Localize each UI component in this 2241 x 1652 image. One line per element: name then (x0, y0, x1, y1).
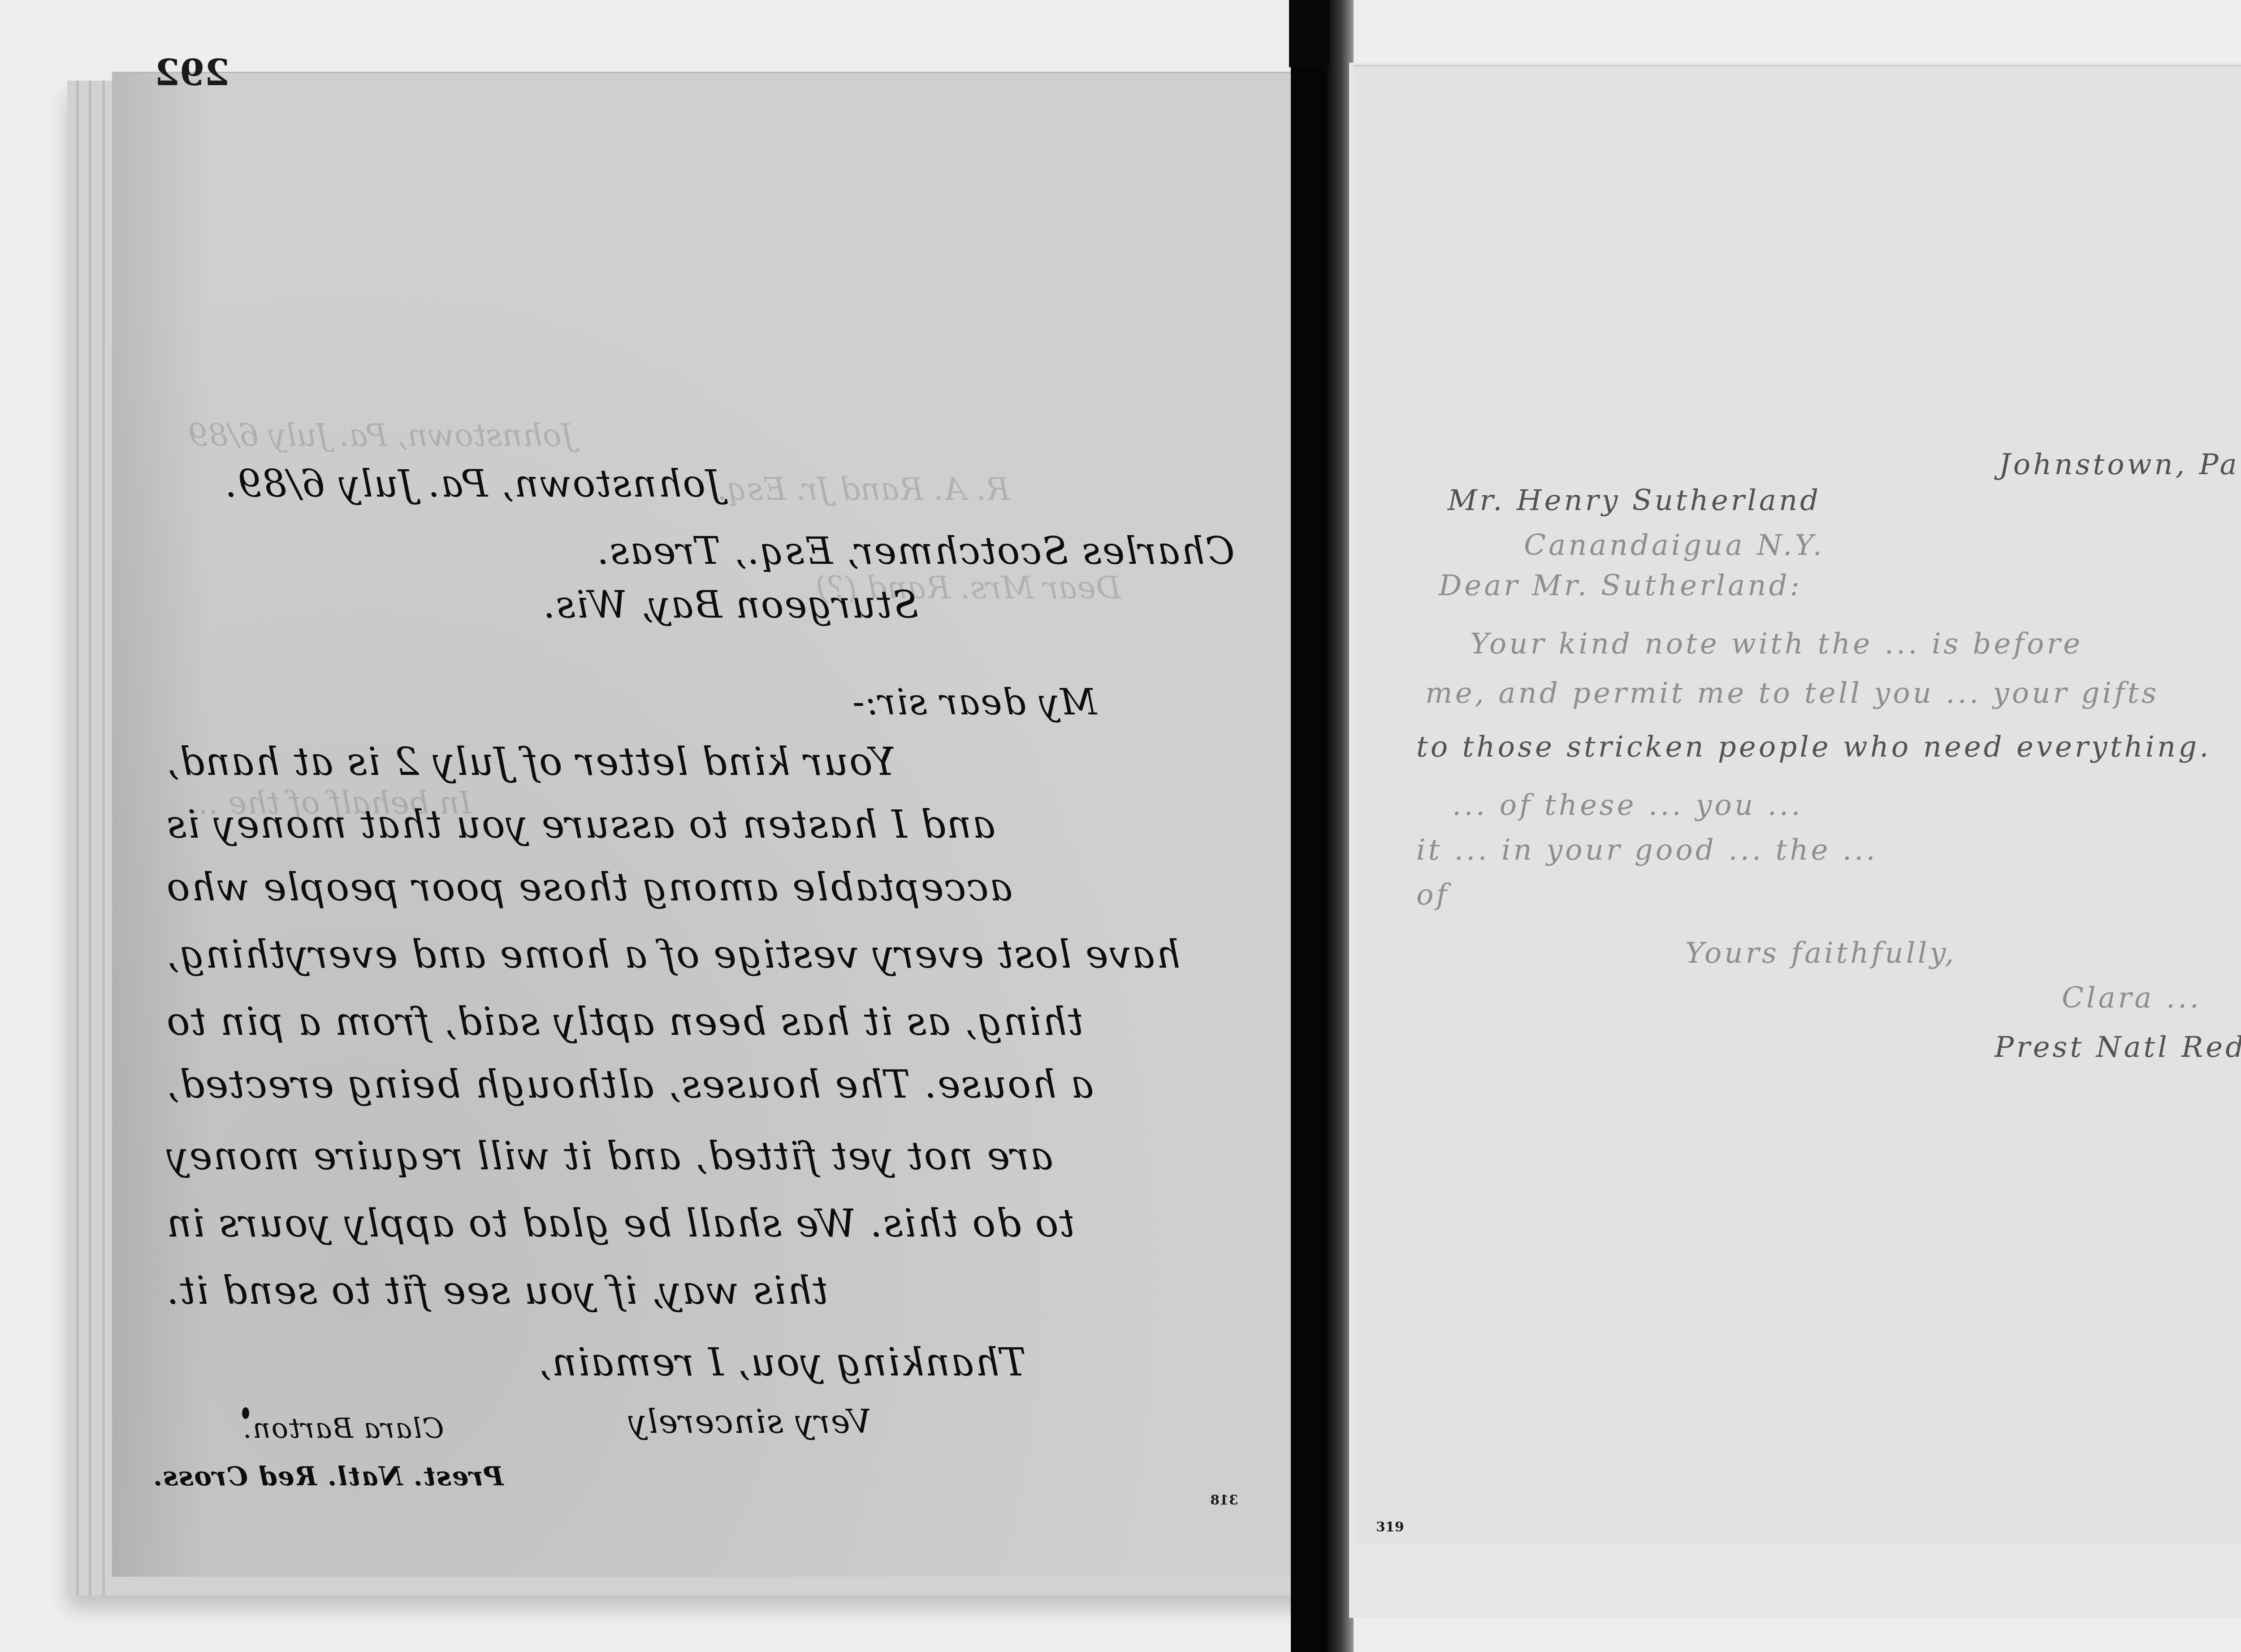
left-body-line: acceptable among those poor people who (166, 865, 1012, 910)
page-edge (89, 81, 91, 1596)
spine-cap (1289, 0, 1329, 67)
book-spine (1291, 0, 1354, 1652)
left-dateline: Johnstown, Pa. July 6/89. (224, 462, 722, 506)
right-recipient-place: Canandaigua N.Y. (1524, 529, 1825, 562)
left-recipient-place: Sturgeon Bay, Wis. (542, 583, 918, 627)
left-body-line: have lost every vestige of a home and ev… (166, 932, 1181, 977)
right-body-line: it ... in your good ... the ... (1416, 834, 1878, 867)
left-body-line: thing, as it has been aptly said, from a… (166, 999, 1083, 1044)
left-body-line: are not yet fitted, and it will require … (166, 1134, 1053, 1179)
ghost-line: Johnstown, Pa. July 6/89 (188, 417, 574, 454)
left-folio-number: 292 (155, 52, 229, 94)
left-signature-title: Prest. Natl. Red Cross. (152, 1461, 503, 1492)
right-body-line: ... of these ... you ... (1452, 789, 1803, 822)
left-body-line: and I hasten to assure you that money is (166, 802, 995, 847)
left-body-line: to do this. We shall be glad to apply yo… (166, 1201, 1075, 1246)
right-body-line: to those stricken people who need everyt… (1416, 731, 2211, 764)
left-salutation: My dear sir:- (852, 681, 1097, 723)
page-edge (102, 81, 105, 1596)
left-closing: Thanking you, I remain, (538, 1340, 1026, 1385)
right-dateline: Johnstown, Pa. July 6, 89. (1999, 448, 2241, 481)
right-signature: Clara ... (2062, 982, 2202, 1015)
ink-blot (242, 1407, 249, 1419)
right-closing: Yours faithfully, (1685, 937, 1956, 970)
left-closing: Very sincerely (627, 1403, 871, 1440)
page-edge (76, 81, 79, 1596)
ghost-line: R. A. Rand Jr. Esq. (717, 471, 1010, 507)
right-body-line: Your kind note with the ... is before (1470, 627, 2083, 661)
left-stamp-number: 318 (1210, 1492, 1238, 1508)
left-body-line: this way, if you see fit to send it. (166, 1268, 828, 1313)
right-signature-title: Prest Natl Red Cross. (1994, 1031, 2241, 1064)
right-salutation: Dear Mr. Sutherland: (1439, 569, 1802, 602)
right-stamp-number: 319 (1376, 1519, 1404, 1535)
right-body-line: of (1416, 878, 1449, 912)
left-signature: Clara Barton. (242, 1412, 444, 1444)
left-recipient-name: Charles Scotchmer, Esq., Treas. (596, 529, 1235, 573)
left-body-line: a house. The houses, although being erec… (166, 1062, 1094, 1107)
right-recipient-name: Mr. Henry Sutherland (1448, 484, 1821, 517)
right-body-line: me, and permit me to tell you ... your g… (1425, 677, 2159, 710)
left-body-line: Your kind letter of July 2 is at hand, (166, 740, 896, 784)
